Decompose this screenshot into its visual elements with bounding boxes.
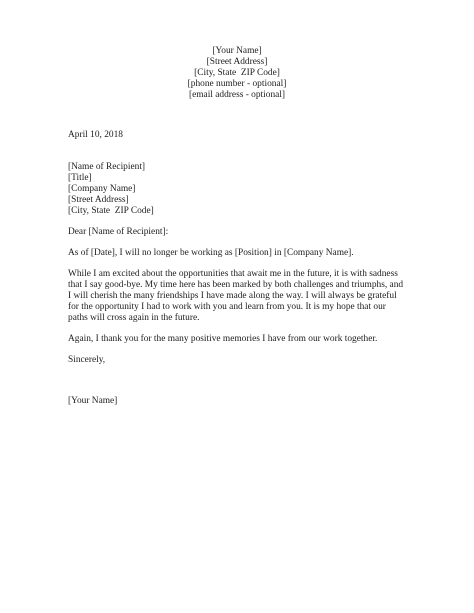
recipient-name: [Name of Recipient] bbox=[68, 162, 474, 173]
recipient-street-address: [Street Address] bbox=[68, 195, 474, 206]
recipient-address-block: [Name of Recipient] [Title] [Company Nam… bbox=[68, 162, 474, 217]
letter-date: April 10, 2018 bbox=[68, 130, 474, 141]
body-paragraph-3: Again, I thank you for the many positive… bbox=[68, 334, 474, 345]
recipient-city-state-zip: [City, State ZIP Code] bbox=[68, 206, 474, 217]
recipient-company: [Company Name] bbox=[68, 184, 474, 195]
sender-name: [Your Name] bbox=[0, 46, 474, 57]
recipient-title: [Title] bbox=[68, 173, 474, 184]
sender-city-state-zip: [City, State ZIP Code] bbox=[0, 68, 474, 79]
salutation: Dear [Name of Recipient]: bbox=[68, 227, 474, 238]
signature-name: [Your Name] bbox=[68, 396, 474, 407]
sender-street-address: [Street Address] bbox=[0, 57, 474, 68]
body-paragraph-1: As of [Date], I will no longer be workin… bbox=[68, 248, 474, 259]
sender-address-block: [Your Name] [Street Address] [City, Stat… bbox=[0, 0, 474, 101]
sender-phone: [phone number - optional] bbox=[0, 79, 474, 90]
sender-email: [email address - optional] bbox=[0, 90, 474, 101]
body-paragraph-2: While I am excited about the opportuniti… bbox=[68, 269, 474, 324]
letter-page: [Your Name] [Street Address] [City, Stat… bbox=[0, 0, 474, 613]
closing: Sincerely, bbox=[68, 355, 474, 366]
